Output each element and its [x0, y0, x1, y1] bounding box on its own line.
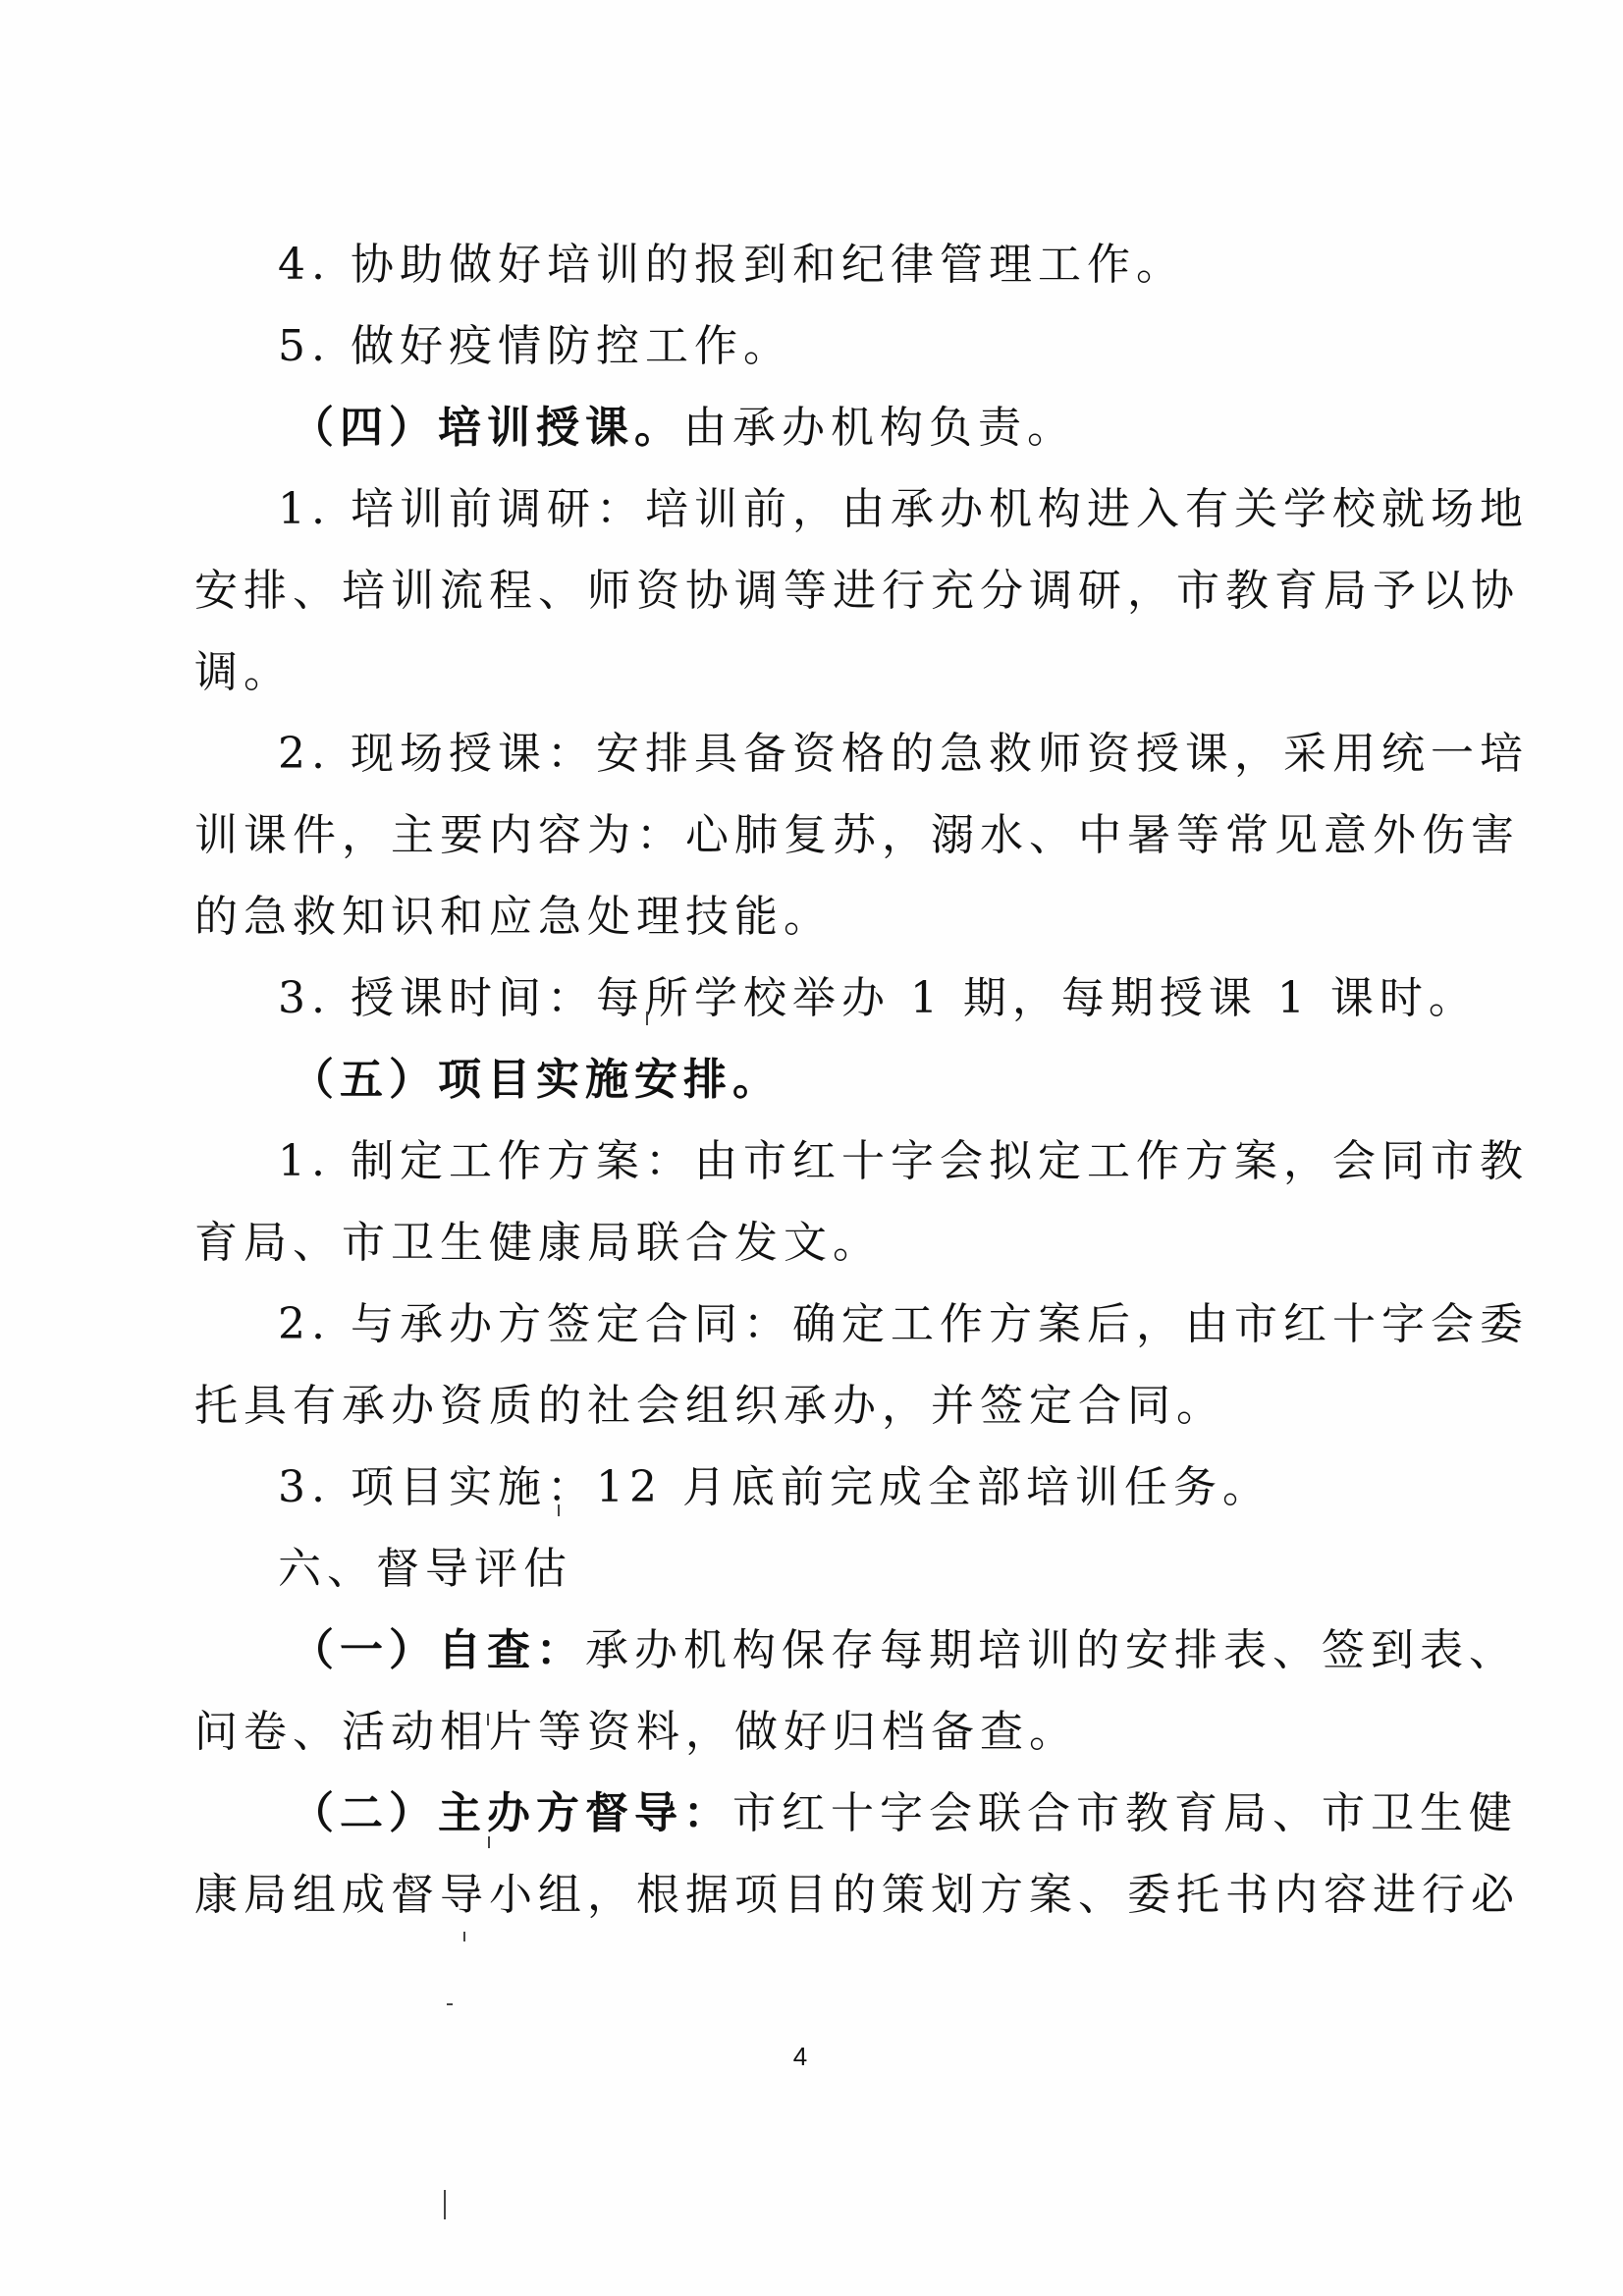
scan-speck [488, 1836, 490, 1848]
supervision-text: 市红十字会联合市教育局、市卫生健 [732, 1788, 1518, 1838]
item-4-line: 4. 协助做好培训的报到和纪律管理工作。 [278, 236, 1466, 295]
subsection-5-heading: （五）项目实施安排。 [291, 1055, 782, 1105]
scan-speck [646, 1011, 648, 1025]
onsite-teaching-line-3: 的急救知识和应急处理技能。 [194, 888, 1382, 947]
supervision-heading: （二）主办方督导： [291, 1788, 732, 1838]
subsection-4-text: 由承办机构负责。 [683, 403, 1076, 453]
pre-training-survey-line-1: 1. 培训前调研：培训前，由承办机构进入有关学校就场地 [278, 480, 1466, 539]
self-check-line-1: （一）自查：承办机构保存每期培训的安排表、签到表、 [291, 1621, 1479, 1680]
onsite-teaching-line-2: 训课件，主要内容为：心肺复苏，溺水、中暑等常见意外伤害 [194, 806, 1382, 865]
section-6-heading: 六、督导评估 [278, 1540, 1466, 1599]
scan-speck [447, 2003, 453, 2005]
supervision-line-1: （二）主办方督导：市红十字会联合市教育局、市卫生健 [291, 1784, 1479, 1843]
scan-speck [558, 1504, 560, 1516]
onsite-teaching-line-1: 2. 现场授课：安排具备资格的急救师资授课，采用统一培 [278, 725, 1466, 784]
pre-training-survey-line-2: 安排、培训流程、师资协调等进行充分调研，市教育局予以协 [194, 562, 1382, 621]
contract-line-2: 托具有承办资质的社会组织承办，并签定合同。 [194, 1377, 1382, 1436]
self-check-heading: （一）自查： [291, 1625, 585, 1675]
self-check-text: 承办机构保存每期培训的安排表、签到表、 [585, 1625, 1518, 1675]
scan-speck [444, 2190, 446, 2219]
implementation-line: 3. 项目实施：12 月底前完成全部培训任务。 [278, 1458, 1466, 1517]
item-5-line: 5. 做好疫情防控工作。 [278, 317, 1466, 376]
document-page: 4. 协助做好培训的报到和纪律管理工作。 5. 做好疫情防控工作。 （四）培训授… [0, 0, 1623, 2296]
scan-speck [487, 1714, 489, 1725]
work-plan-line-1: 1. 制定工作方案：由市红十字会拟定工作方案，会同市教 [278, 1132, 1466, 1191]
scan-speck [463, 1932, 465, 1941]
work-plan-line-2: 育局、市卫生健康局联合发文。 [194, 1214, 1382, 1273]
teaching-time-line: 3. 授课时间：每所学校举办 1 期，每期授课 1 课时。 [278, 969, 1466, 1028]
subsection-4-heading: （四）培训授课。 [291, 403, 683, 453]
subsection-5-heading-line: （五）项目实施安排。 [291, 1051, 1479, 1110]
subsection-4-heading-line: （四）培训授课。由承办机构负责。 [291, 399, 1479, 458]
self-check-line-2: 问卷、活动相片等资料，做好归档备查。 [194, 1703, 1382, 1762]
pre-training-survey-line-3: 调。 [194, 643, 1382, 702]
contract-line-1: 2. 与承办方签定合同：确定工作方案后，由市红十字会委 [278, 1295, 1466, 1354]
supervision-line-2: 康局组成督导小组，根据项目的策划方案、委托书内容进行必 [194, 1866, 1382, 1925]
page-number: 4 [785, 2039, 815, 2074]
